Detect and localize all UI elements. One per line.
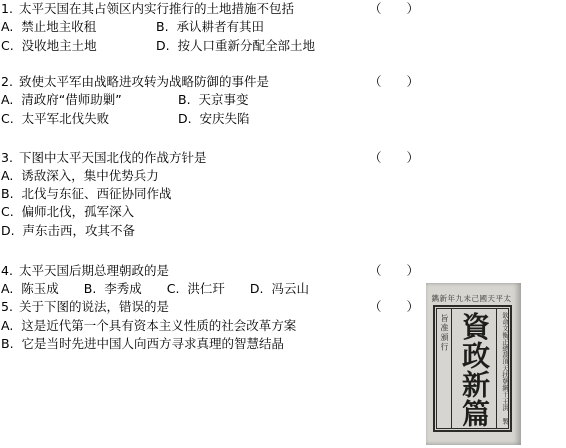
figure-top-caption: 太平天國己未九年新鐫 [428,294,515,303]
question-5: 5. 关于下图的说法，错误的是 （ ） A. 这是近代第一个具有资本主义性质的社… [1,298,423,353]
option-d: D. 按人口重新分配全部土地 [156,37,315,55]
question-text: 下图中太平天国北伐的作战方针是 [19,149,207,167]
figure-left-label: 旨准頒行 [437,309,452,428]
test-paper: 1. 太平天国在其占领区内实行推行的土地措施不包括 （ ） A. 禁止地主收租 … [0,0,566,448]
option-b: B. 天京事变 [178,91,249,109]
option-row: C. 偏师北伐，孤军深入 [1,203,423,221]
question-header: 1. 太平天国在其占领区内实行推行的土地措施不包括 （ ） [1,0,423,18]
question-number: 1. [1,0,19,18]
option-b: B. 承认耕者有其田 [156,18,264,36]
question-text: 太平天国在其占领区内实行推行的土地措施不包括 [19,0,294,18]
option-c: C. 太平军北伐失败 [1,110,178,128]
option-a: A. 禁止地主收租 [1,18,156,36]
option-d: D. 安庆失陷 [178,110,250,128]
option-row: B. 它是当时先进中国人向西方寻求真理的智慧结晶 [1,335,423,353]
option-row: A. 清政府“借师助剿” B. 天京事变 [1,91,423,109]
question-text: 致使太平军由战略进攻转为战略防御的事件是 [19,73,269,91]
option-row: A. 陈玉成 B. 李秀成 C. 洪仁玕 D. 冯云山 [1,280,423,298]
question-header: 5. 关于下图的说法，错误的是 （ ） [1,298,423,316]
option-row: C. 太平军北伐失败 D. 安庆失陷 [1,110,423,128]
figure-zizheng-xinpian-cover: 太平天國己未九年新鐫 旨准頒行 資政新篇 欽命文衡正總裁頂天扶朝綱干王洪 製 [426,283,521,445]
option-b: B. 北伐与东征、西征协同作战 [1,185,172,203]
question-list: 1. 太平天国在其占领区内实行推行的土地措施不包括 （ ） A. 禁止地主收租 … [1,0,423,353]
figure-inner-frame: 旨准頒行 資政新篇 欽命文衡正總裁頂天扶朝綱干王洪 製 [436,308,509,429]
question-header: 3. 下图中太平天国北伐的作战方针是 （ ） [1,149,423,167]
figure-right-label: 欽命文衡正總裁頂天扶朝綱干王洪 [501,312,508,411]
answer-bracket: （ ） [369,298,419,316]
option-d: D. 声东击西，攻其不备 [1,222,135,240]
option-a: A. 诱敌深入，集中优势兵力 [1,167,159,185]
options-abcd: A. 陈玉成 B. 李秀成 C. 洪仁玕 D. 冯云山 [1,280,309,298]
question-header: 4. 太平天国后期总理朝政的是 （ ） [1,262,423,280]
question-number: 3. [1,149,19,167]
answer-bracket: （ ） [369,262,419,280]
question-text: 关于下图的说法，错误的是 [19,298,169,316]
option-row: A. 诱敌深入，集中优势兵力 [1,167,423,185]
figure-title: 資政新篇 [452,309,496,428]
question-3: 3. 下图中太平天国北伐的作战方针是 （ ） A. 诱敌深入，集中优势兵力 B.… [1,149,423,240]
option-row: B. 北伐与东征、西征协同作战 [1,185,423,203]
question-text: 太平天国后期总理朝政的是 [19,262,169,280]
figure-frame: 旨准頒行 資政新篇 欽命文衡正總裁頂天扶朝綱干王洪 製 [433,305,512,432]
option-row: D. 声东击西，攻其不备 [1,222,423,240]
question-number: 4. [1,262,19,280]
figure-right-column: 欽命文衡正總裁頂天扶朝綱干王洪 製 [496,309,511,428]
question-1: 1. 太平天国在其占领区内实行推行的土地措施不包括 （ ） A. 禁止地主收租 … [1,0,423,55]
option-c: C. 没收地主土地 [1,37,156,55]
question-2: 2. 致使太平军由战略进攻转为战略防御的事件是 （ ） A. 清政府“借师助剿”… [1,73,423,128]
option-row: C. 没收地主土地 D. 按人口重新分配全部土地 [1,37,423,55]
option-row: A. 禁止地主收租 B. 承认耕者有其田 [1,18,423,36]
question-number: 5. [1,298,19,316]
option-a: A. 这是近代第一个具有资本主义性质的社会改革方案 [1,317,296,335]
option-b: B. 它是当时先进中国人向西方寻求真理的智慧结晶 [1,335,284,353]
figure-maker-label: 製 [497,418,511,425]
option-a: A. 清政府“借师助剿” [1,91,178,109]
option-c: C. 偏师北伐，孤军深入 [1,203,134,221]
option-row: A. 这是近代第一个具有资本主义性质的社会改革方案 [1,317,423,335]
answer-bracket: （ ） [369,0,419,18]
question-header: 2. 致使太平军由战略进攻转为战略防御的事件是 （ ） [1,73,423,91]
answer-bracket: （ ） [369,73,419,91]
answer-bracket: （ ） [369,149,419,167]
question-number: 2. [1,73,19,91]
question-4: 4. 太平天国后期总理朝政的是 （ ） A. 陈玉成 B. 李秀成 C. 洪仁玕… [1,262,423,299]
